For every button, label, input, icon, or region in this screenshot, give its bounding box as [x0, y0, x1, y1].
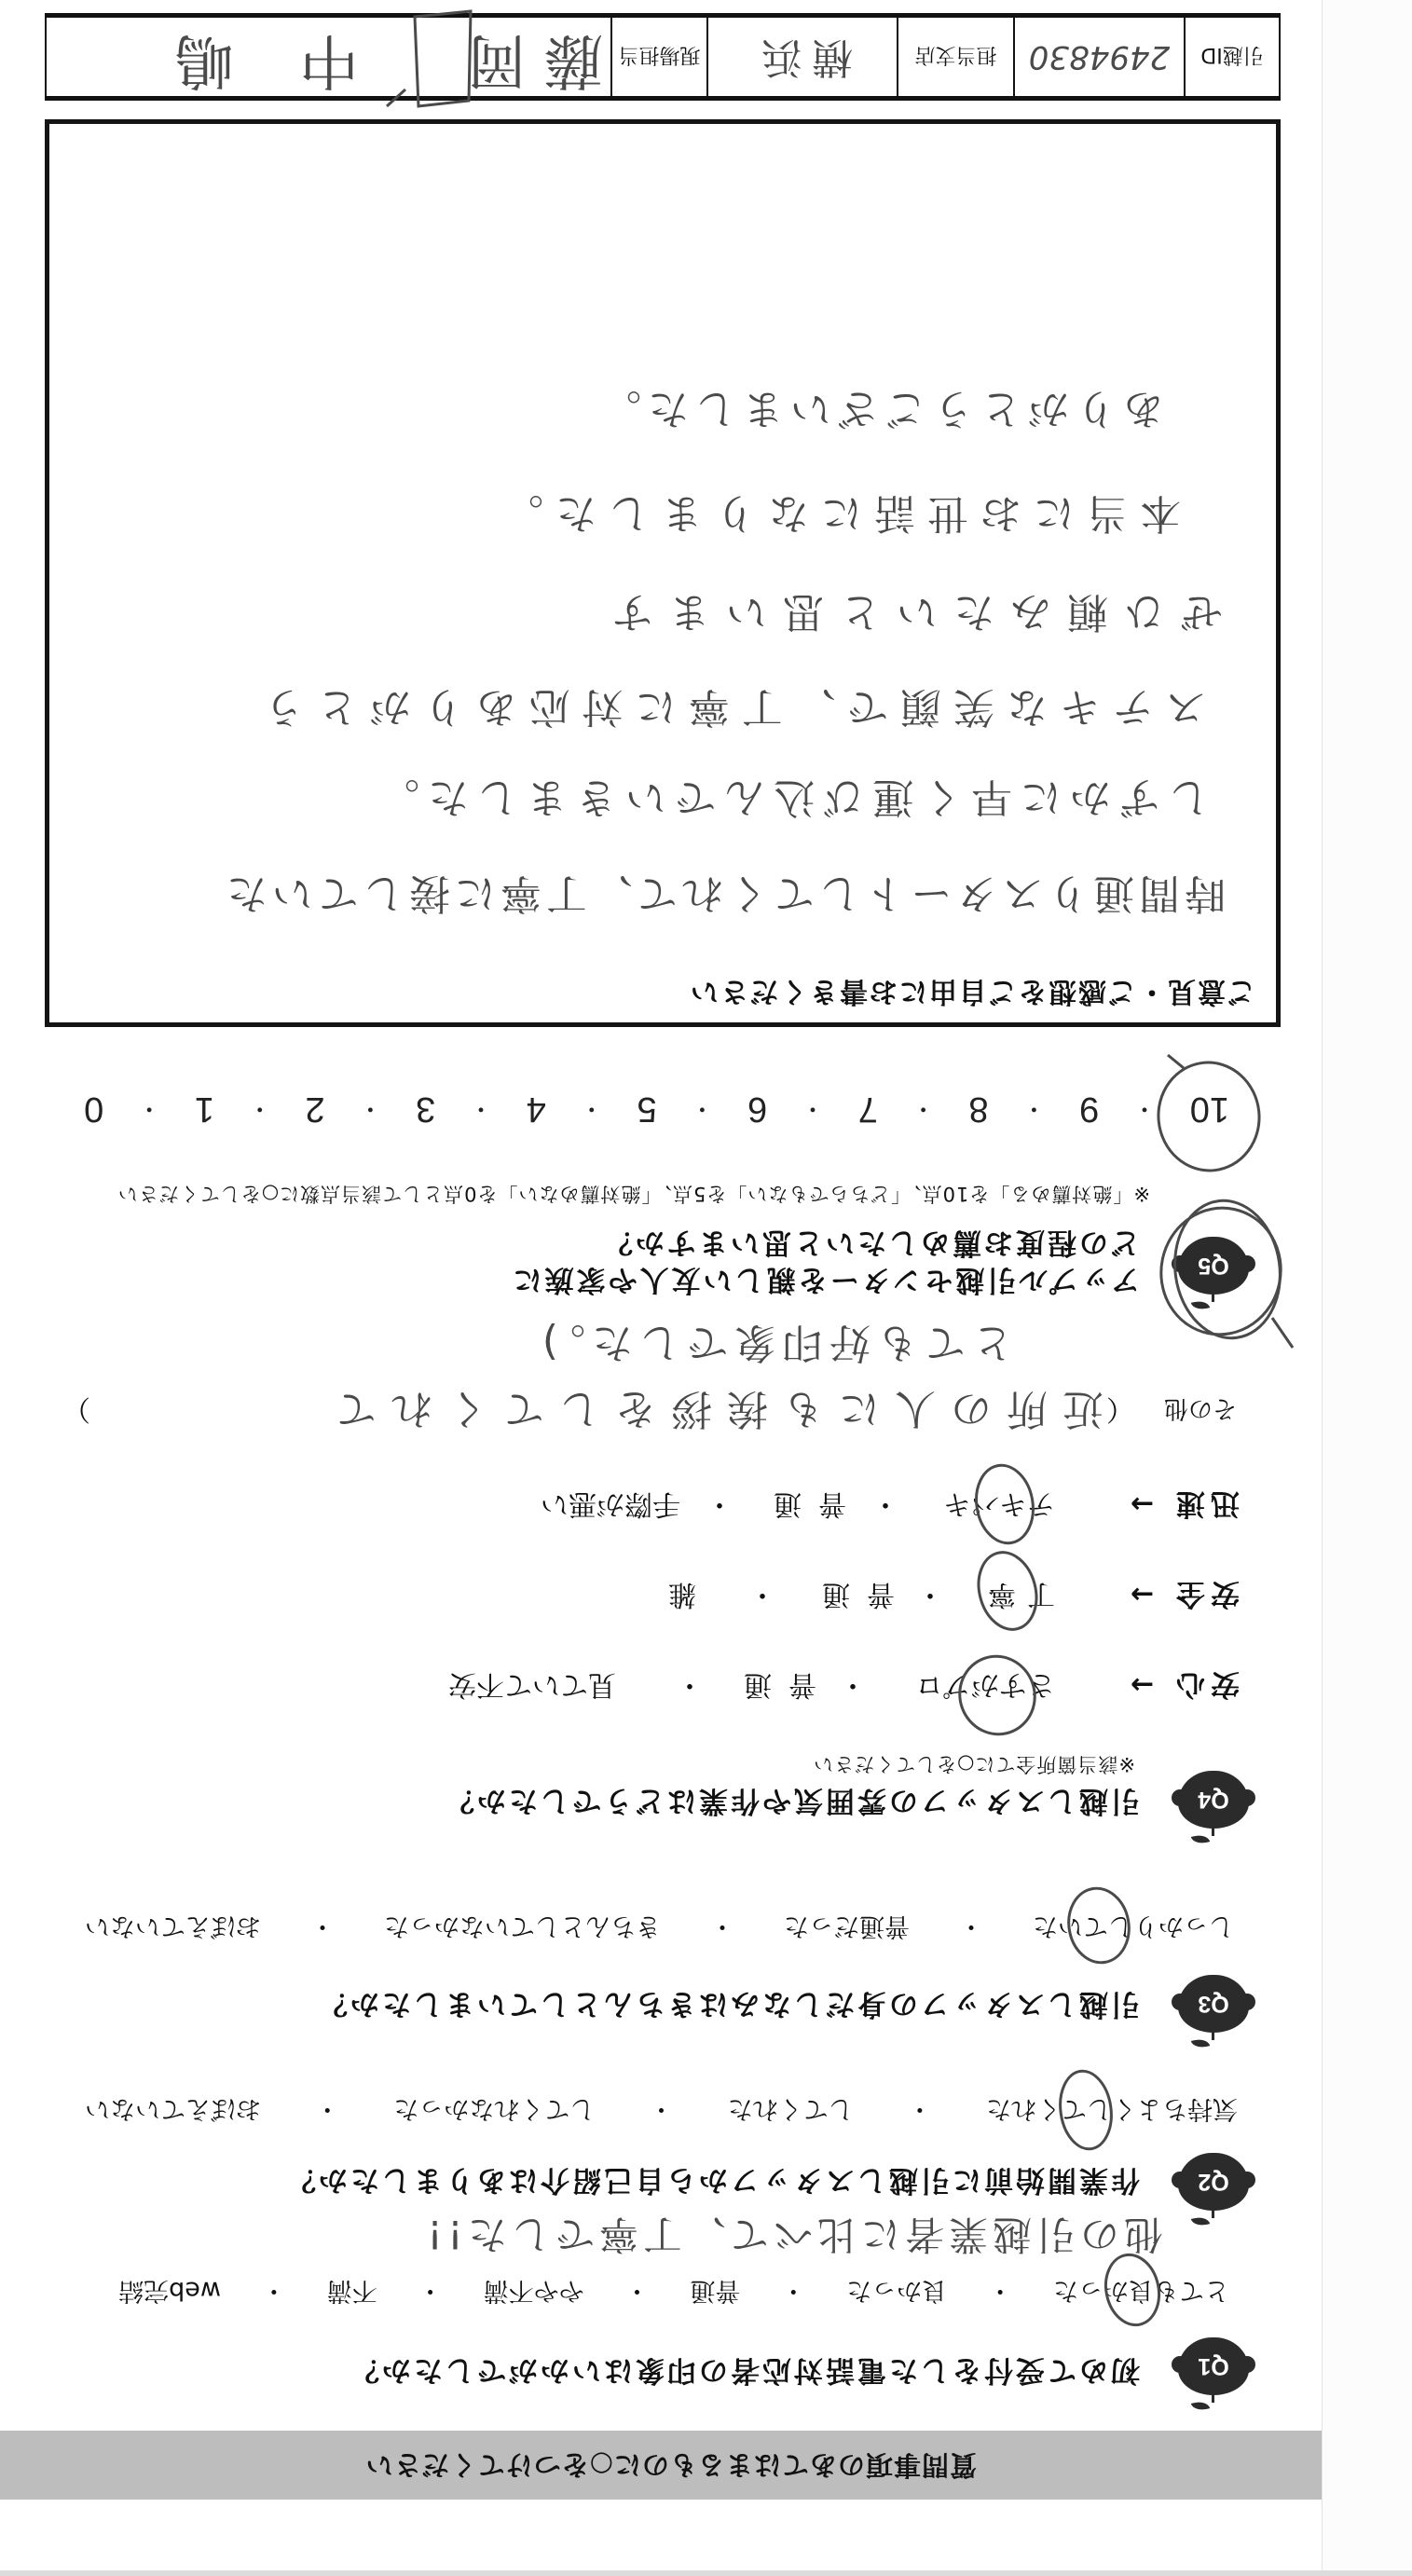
q4-other-handwritten: 近所の人にも挨拶をしてくれて	[321, 1382, 1104, 1434]
q4-option: 普通	[805, 1575, 895, 1612]
q4-row-label-relief: 安心	[1171, 1665, 1240, 1703]
rating-value: 3	[416, 1087, 435, 1131]
separator: ・	[706, 1485, 733, 1522]
q1-option: 普通	[690, 2271, 740, 2309]
q4-badge: Q4	[1172, 1771, 1255, 1829]
q5-question-line1: アップル引越センターを親しい友人や家族に	[511, 1261, 1140, 1298]
separator: ・	[261, 2271, 286, 2309]
q2-question: 作業開始前に引越しスタッフから自己紹介はありましたか？	[284, 2161, 1140, 2199]
q4-question: 引越しスタッフの雰囲気や作業はどうでしたか？	[443, 1782, 1140, 1819]
separator: ・	[1132, 1087, 1157, 1131]
q4-option: 手際が悪い	[541, 1485, 680, 1522]
field-staff-label: 現場担当	[610, 18, 706, 96]
scan-edge	[0, 2570, 1412, 2576]
separator: ・	[676, 1665, 704, 1703]
separator: ・	[801, 1087, 825, 1131]
q4-other-label: その他	[1164, 1390, 1237, 1427]
separator: ・	[710, 1907, 735, 1944]
separator: ・	[137, 1087, 161, 1131]
instruction-band: 質問事項のあてはまるものに○をつけてください	[0, 2431, 1322, 2500]
separator: ・	[748, 1575, 776, 1612]
separator: ・	[469, 1087, 493, 1131]
q3-options: しっかりしていた ・ 普通だった ・ きちんとしていなかった ・ おぼえていない	[85, 1907, 1234, 1944]
q4-option: 丁寧	[977, 1575, 1055, 1612]
staff-signature: 中嶋	[109, 18, 359, 102]
rating-value: 8	[968, 1087, 988, 1131]
rating-value: 1	[195, 1087, 214, 1131]
comment-line: ぜひ頼みたいと思います	[596, 585, 1222, 637]
apple-leaf-icon	[1191, 1297, 1211, 1312]
q1-option: とても良かった	[1053, 2271, 1229, 2309]
q4-other-handwritten-continued: とても好印象でした。)	[536, 1316, 1013, 1368]
q5-question-line2: どの程度お薦めしたいと思いますか？	[601, 1224, 1140, 1261]
q4-option: 見ていて不安	[448, 1665, 616, 1703]
q3-question: 引越しスタッフの身だしなみはきちんとしていましたか？	[316, 1985, 1140, 2022]
circle-tail	[1168, 1055, 1184, 1068]
separator: ・	[358, 1087, 382, 1131]
q2-option: してくれなかった	[393, 2090, 595, 2127]
q1-handwritten-note: 他の引越業者に比べて、丁寧でした!!	[422, 2208, 1163, 2260]
arrow-right-icon: →	[1131, 1485, 1154, 1522]
separator: ・	[418, 2271, 443, 2309]
scanned-survey-sheet: 質問事項のあてはまるものに○をつけてください Q1 初めて受付をした電話対応者の…	[0, 0, 1412, 2576]
rating-value: 7	[858, 1087, 878, 1131]
q4-option: テキパキ	[943, 1485, 1055, 1522]
separator: ・	[988, 2271, 1013, 2309]
q5-badge: Q5	[1172, 1237, 1255, 1295]
apple-leaf-icon	[1191, 2213, 1211, 2228]
circle-tail	[1272, 1318, 1293, 1348]
comment-line: 時間通りスタートしてくれて、丁寧に接していた	[222, 867, 1226, 919]
q2-option: おぼえていない	[85, 2090, 261, 2127]
rating-value: 0	[84, 1087, 103, 1131]
branch-label: 担当支店	[897, 18, 1013, 96]
separator: ・	[624, 2271, 650, 2309]
comment-line: ありがとうございました。	[594, 382, 1164, 434]
q5-rating-scale: 10 ・ 9 ・ 8 ・ 7 ・ 6 ・ 5 ・ 4 ・ 3 ・ 2 ・ 1 ・…	[84, 1087, 1229, 1131]
q1-option: 良かった	[846, 2271, 947, 2309]
rating-value: 2	[305, 1087, 324, 1131]
separator: ・	[580, 1087, 604, 1131]
apple-leaf-icon	[1191, 1831, 1211, 1846]
q3-option: きちんとしていなかった	[384, 1907, 661, 1944]
q4-row-label-safety: 安全	[1171, 1575, 1240, 1612]
q1-option: 不満	[327, 2271, 377, 2309]
q4-row-label-speed: 迅速	[1171, 1485, 1240, 1522]
question-number: Q5	[1178, 1237, 1249, 1295]
separator: ・	[690, 1087, 714, 1131]
separator: ・	[1021, 1087, 1046, 1131]
q3-option: おぼえていない	[85, 1907, 261, 1944]
separator: ・	[248, 1087, 272, 1131]
open-paren: （	[1106, 1390, 1134, 1427]
comment-line: 本当にお世話になりました。	[490, 486, 1181, 539]
separator: ・	[839, 1665, 867, 1703]
move-id-label: 引越ID	[1184, 18, 1279, 96]
q1-option: web完結	[118, 2271, 221, 2309]
separator: ・	[649, 2090, 674, 2127]
q4-option: さすがプロ	[915, 1665, 1055, 1703]
move-id-value-cell: 2494830	[1013, 18, 1184, 96]
arrow-right-icon: →	[1131, 1665, 1154, 1703]
rating-value: 5	[637, 1087, 656, 1131]
rating-value: 6	[747, 1087, 767, 1131]
rating-value: 4	[527, 1087, 546, 1131]
q4-option: 普通	[727, 1665, 816, 1703]
q4-note: ※該当箇所全てに○をしてください	[813, 1750, 1135, 1778]
q5-note: ※「絶対薦める」を10点、「どちらでもない」を5点、「絶対薦めない」を0点として…	[117, 1180, 1150, 1208]
q1-badge: Q1	[1172, 2337, 1255, 2395]
staff-signature: 藤岡	[450, 18, 603, 102]
q1-options: とても良かった ・ 良かった ・ 普通 ・ やや不満 ・ 不満 ・ web完結	[118, 2271, 1229, 2309]
separator: ・	[781, 2271, 806, 2309]
q2-options: 気持ちよくしてくれた ・ してくれた ・ してくれなかった ・ おぼえていない	[85, 2090, 1238, 2127]
move-id-value: 2494830	[1029, 31, 1170, 83]
q1-question: 初めて受付をした電話対応者の印象はいかがでしたか？	[348, 2351, 1140, 2389]
scan-margin	[1322, 0, 1412, 2570]
q2-option: 気持ちよくしてくれた	[986, 2090, 1238, 2127]
question-number: Q4	[1178, 1771, 1249, 1829]
q3-option: 普通だった	[784, 1907, 910, 1944]
separator: ・	[959, 1907, 984, 1944]
q4-option: 雑	[668, 1575, 696, 1612]
instruction-text: 質問事項のあてはまるものに○をつけてください	[365, 2431, 977, 2500]
branch-value: 横浜	[752, 31, 853, 83]
question-number: Q1	[1178, 2337, 1249, 2395]
separator: ・	[871, 1485, 899, 1522]
separator: ・	[912, 1087, 936, 1131]
apple-leaf-icon	[1191, 2035, 1211, 2050]
q2-badge: Q2	[1172, 2153, 1255, 2211]
comments-box: ご意見・ご感想をご自由にお書きください 時間通りスタートしてくれて、丁寧に接して…	[45, 119, 1281, 1027]
separator: ・	[907, 2090, 932, 2127]
apple-leaf-icon	[1191, 2398, 1211, 2413]
comments-label: ご意見・ご感想をご自由にお書きください	[689, 972, 1255, 1009]
q3-option: しっかりしていた	[1033, 1907, 1234, 1944]
rating-value: 10	[1190, 1087, 1229, 1131]
question-number: Q2	[1178, 2153, 1249, 2211]
question-number: Q3	[1178, 1975, 1249, 2033]
q4-option: 普通	[757, 1485, 846, 1522]
q3-badge: Q3	[1172, 1975, 1255, 2033]
rating-value: 9	[1079, 1087, 1099, 1131]
separator: ・	[310, 1907, 336, 1944]
q1-option: やや不満	[484, 2271, 584, 2309]
close-paren: ）	[62, 1390, 90, 1427]
q2-option: してくれた	[728, 2090, 854, 2127]
comment-line: しずかに早く運び込んでいきました。	[370, 771, 1210, 823]
branch-value-cell: 横浜	[706, 18, 897, 96]
separator: ・	[916, 1575, 944, 1612]
comment-line: ステキな笑顔で、丁寧に対応ありがとう	[252, 680, 1206, 733]
separator: ・	[315, 2090, 340, 2127]
arrow-right-icon: →	[1131, 1575, 1154, 1612]
